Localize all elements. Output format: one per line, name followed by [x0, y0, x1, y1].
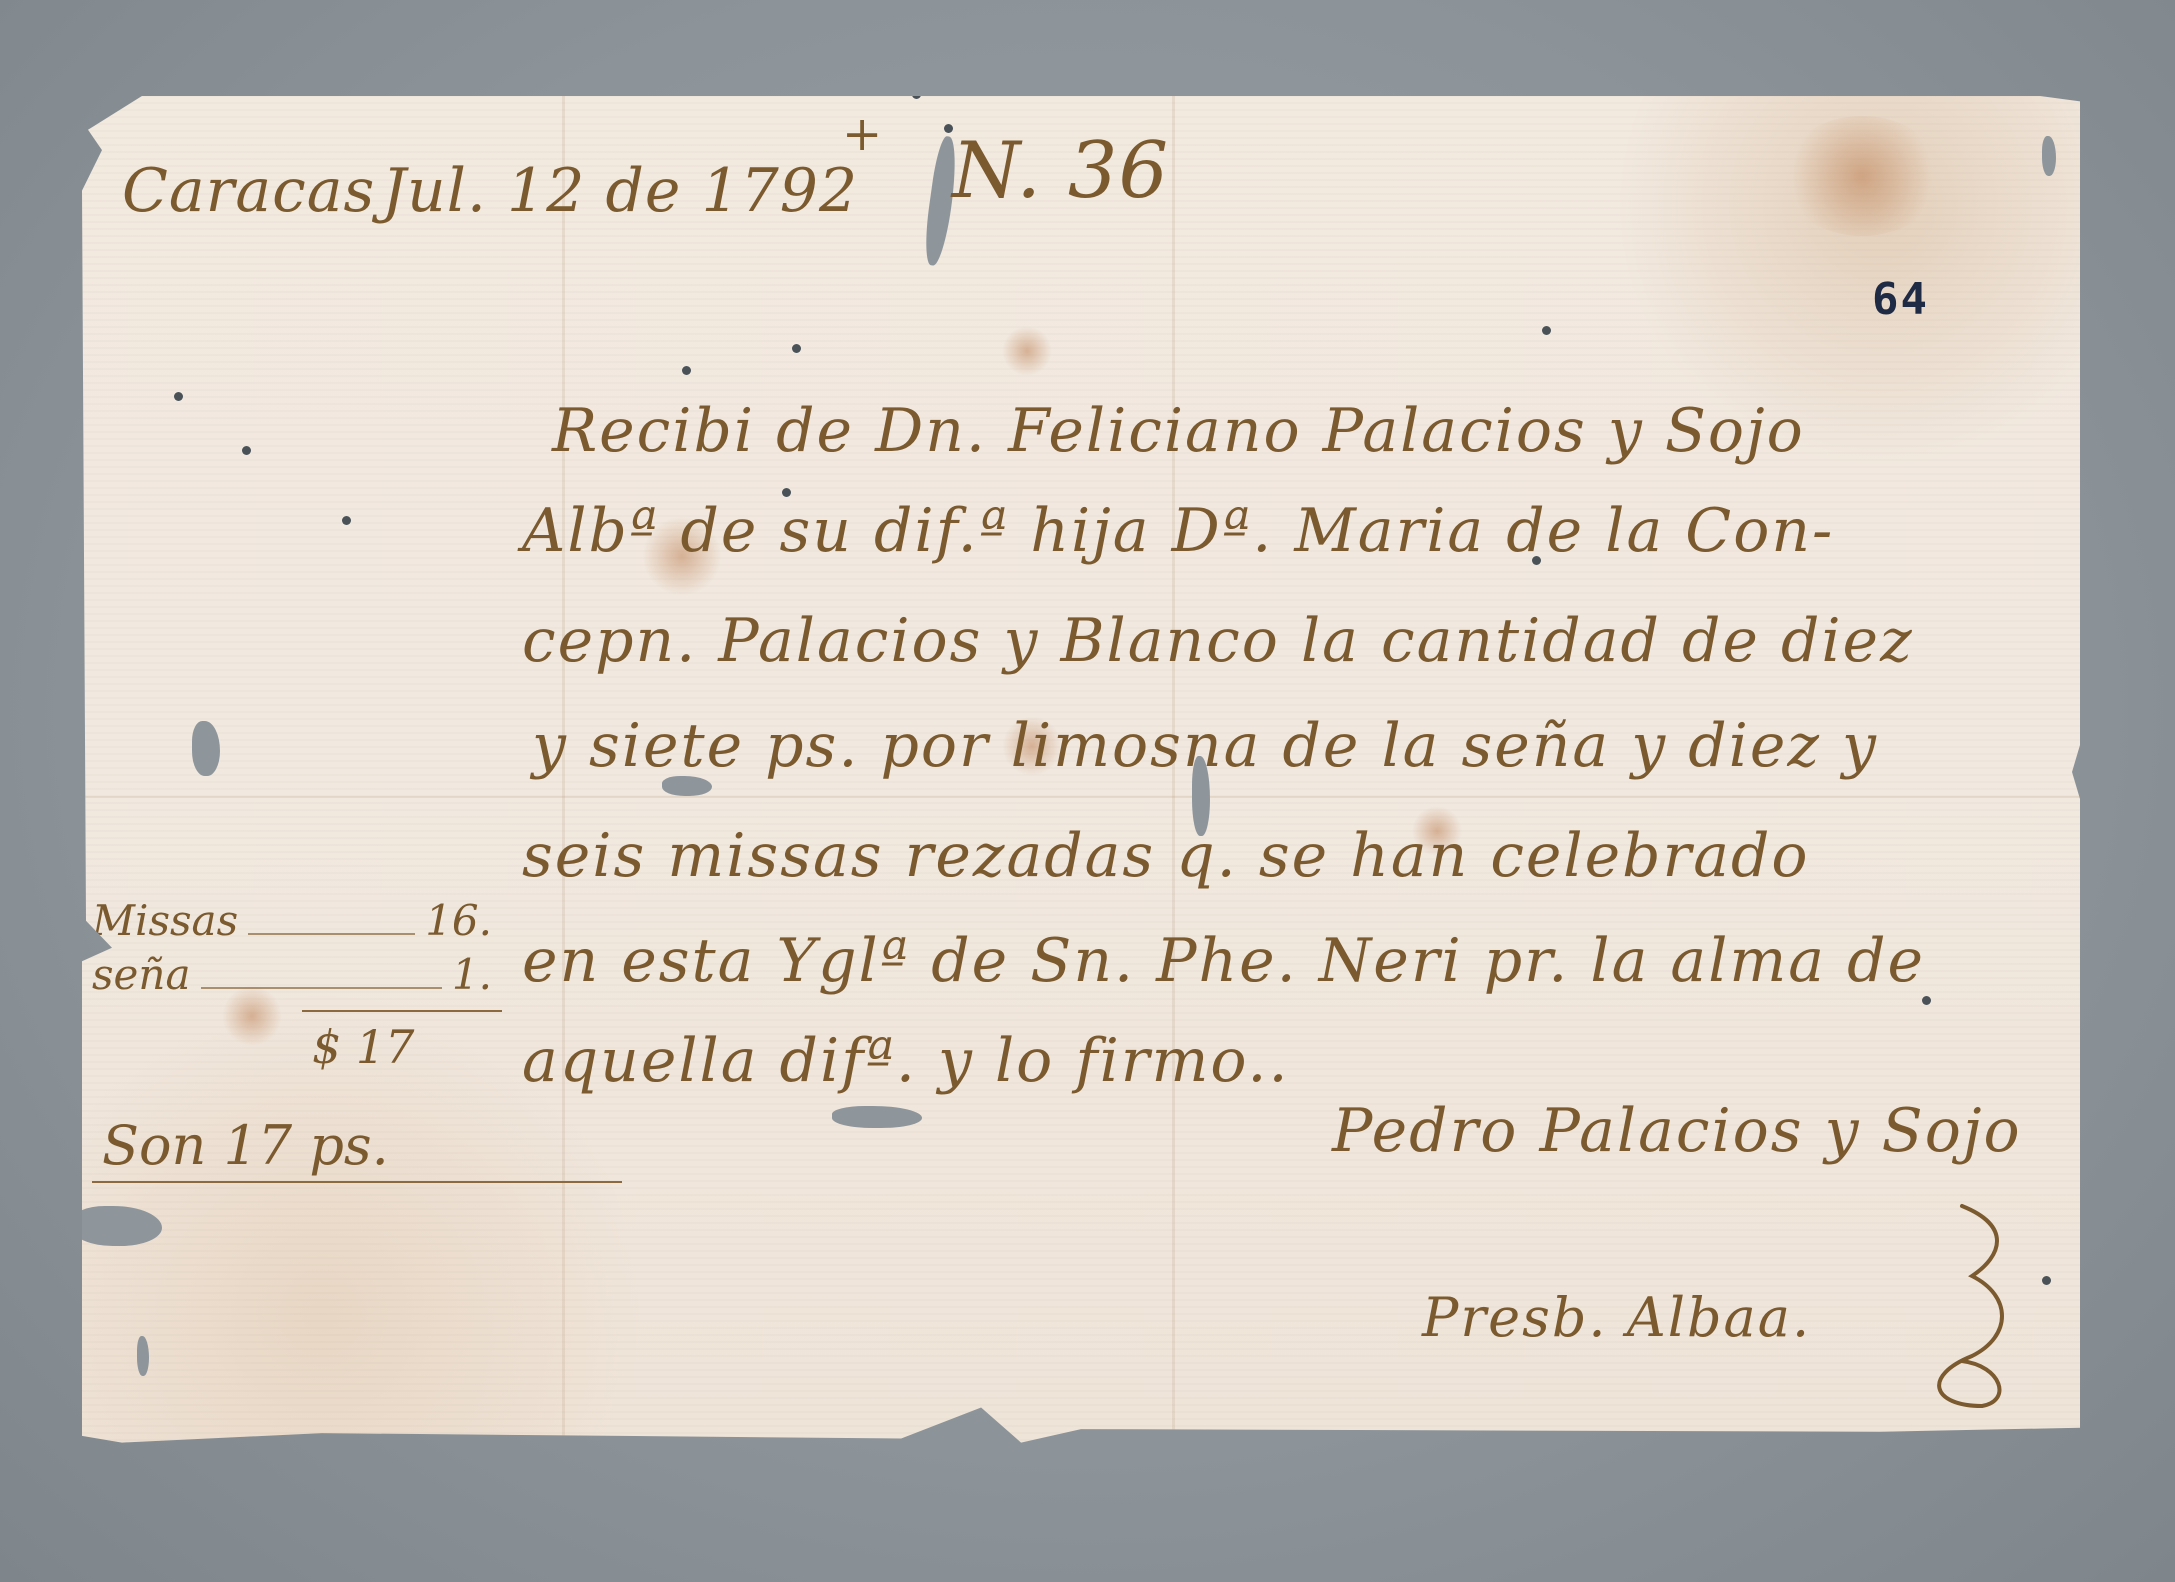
tally-label: Missas: [92, 896, 238, 945]
body-line: y siete ps. por limosna de la seña y die…: [532, 711, 1878, 781]
marginal-tally: Missas 16. seña 1. $ 17 Son 17 ps.: [92, 896, 552, 1183]
body-line: aquella difª. y lo firmo..: [522, 1026, 1290, 1096]
heading-place: Caracas: [122, 156, 375, 226]
tally-value: 1.: [452, 950, 492, 999]
paper-tear: [832, 1106, 922, 1128]
paper-tear: [137, 1336, 149, 1376]
signature-title: Presb. Albaa.: [1422, 1286, 1811, 1349]
archive-stamp-number: 64: [1872, 274, 1929, 325]
tally-note: Son 17 ps.: [92, 1114, 622, 1183]
tally-value: 16.: [425, 896, 492, 945]
tally-total: $ 17: [92, 1020, 552, 1074]
tally-sum-rule: [302, 1010, 502, 1012]
worm-hole: [242, 446, 251, 455]
tally-label: seña: [92, 950, 191, 999]
body-line: seis missas rezadas q. se han celebrado: [522, 821, 1810, 891]
document-number: N. 36: [952, 126, 1169, 216]
body-line: en esta Yglª de Sn. Phe. Neri pr. la alm…: [522, 926, 1925, 996]
body-line: Albª de su dif.ª hija Dª. Maria de la Co…: [522, 496, 1834, 566]
heading-date: Jul. 12 de 1792: [382, 156, 858, 226]
signature-name: Pedro Palacios y Sojo: [1332, 1096, 2022, 1166]
paper-tear: [192, 721, 220, 776]
body-line: cepn. Palacios y Blanco la cantidad de d…: [522, 606, 1914, 676]
worm-hole: [1542, 326, 1551, 335]
worm-hole: [2042, 1276, 2051, 1285]
signature-flourish-icon: [1902, 1196, 2022, 1416]
tally-dash: [201, 987, 442, 989]
manuscript-page: Caracas Jul. 12 de 1792 + N. 36 64 Recib…: [82, 96, 2080, 1448]
tally-row-sena: seña 1.: [92, 950, 552, 1004]
tally-dash: [248, 933, 415, 935]
paper-tear: [2042, 136, 2056, 176]
worm-hole: [174, 392, 183, 401]
worm-hole: [342, 516, 351, 525]
body-line: Recibi de Dn. Feliciano Palacios y Sojo: [552, 396, 1805, 466]
paper-tear: [72, 1206, 162, 1246]
worm-hole: [1922, 996, 1931, 1005]
worm-hole: [792, 344, 801, 353]
worm-hole: [682, 366, 691, 375]
foxing-stain: [1782, 116, 1942, 236]
cross-mark: +: [842, 106, 883, 162]
fold-line: [82, 796, 2080, 798]
foxing-stain: [1002, 326, 1052, 376]
tally-row-masses: Missas 16.: [92, 896, 552, 950]
